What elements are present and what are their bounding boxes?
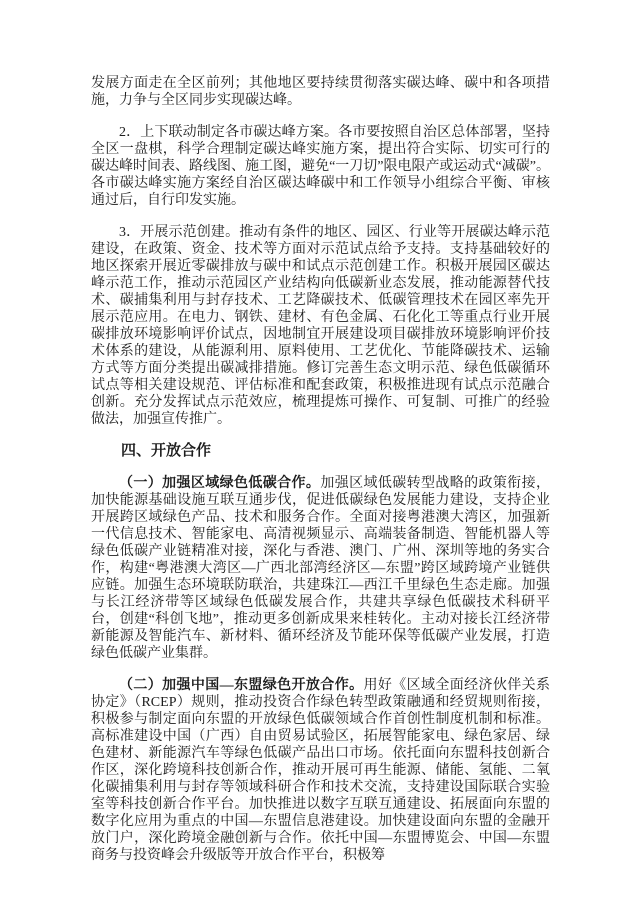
paragraph-item-2: 2．上下联动制定各市碳达峰方案。各市要按照自治区总体部署，坚持全区一盘棋，科学合… [91, 124, 550, 209]
subsection-1-body: 加强区域低碳转型战略的政策衔接，加快能源基础设施互联互通步伐，促进低碳绿色发展能… [91, 476, 550, 661]
section-heading-open-cooperation: 四、开放合作 [91, 443, 550, 460]
subsection-2-body: 用好《区域全面经济伙伴关系协定》（RCEP）规则，推动投资合作绿色转型政策融通和… [91, 678, 550, 863]
paragraph-continued: 发展方面走在全区前列；其他地区要持续贯彻落实碳达峰、碳中和各项措施，力争与全区同… [91, 75, 550, 109]
paragraph-subsection-1: （一）加强区域绿色低碳合作。加强区域低碳转型战略的政策衔接，加快能源基础设施互联… [91, 475, 550, 662]
subsection-2-title: （二）加强中国—东盟绿色开放合作。 [119, 678, 363, 693]
paragraph-item-3: 3．开展示范创建。推动有条件的地区、园区、行业等开展碳达峰示范建设，在政策、资金… [91, 224, 550, 428]
paragraph-subsection-2: （二）加强中国—东盟绿色开放合作。用好《区域全面经济伙伴关系协定》（RCEP）规… [91, 677, 550, 864]
subsection-1-title: （一）加强区域绿色低碳合作。 [119, 476, 320, 491]
document-page: 发展方面走在全区前列；其他地区要持续贯彻落实碳达峰、碳中和各项措施，力争与全区同… [0, 0, 640, 905]
